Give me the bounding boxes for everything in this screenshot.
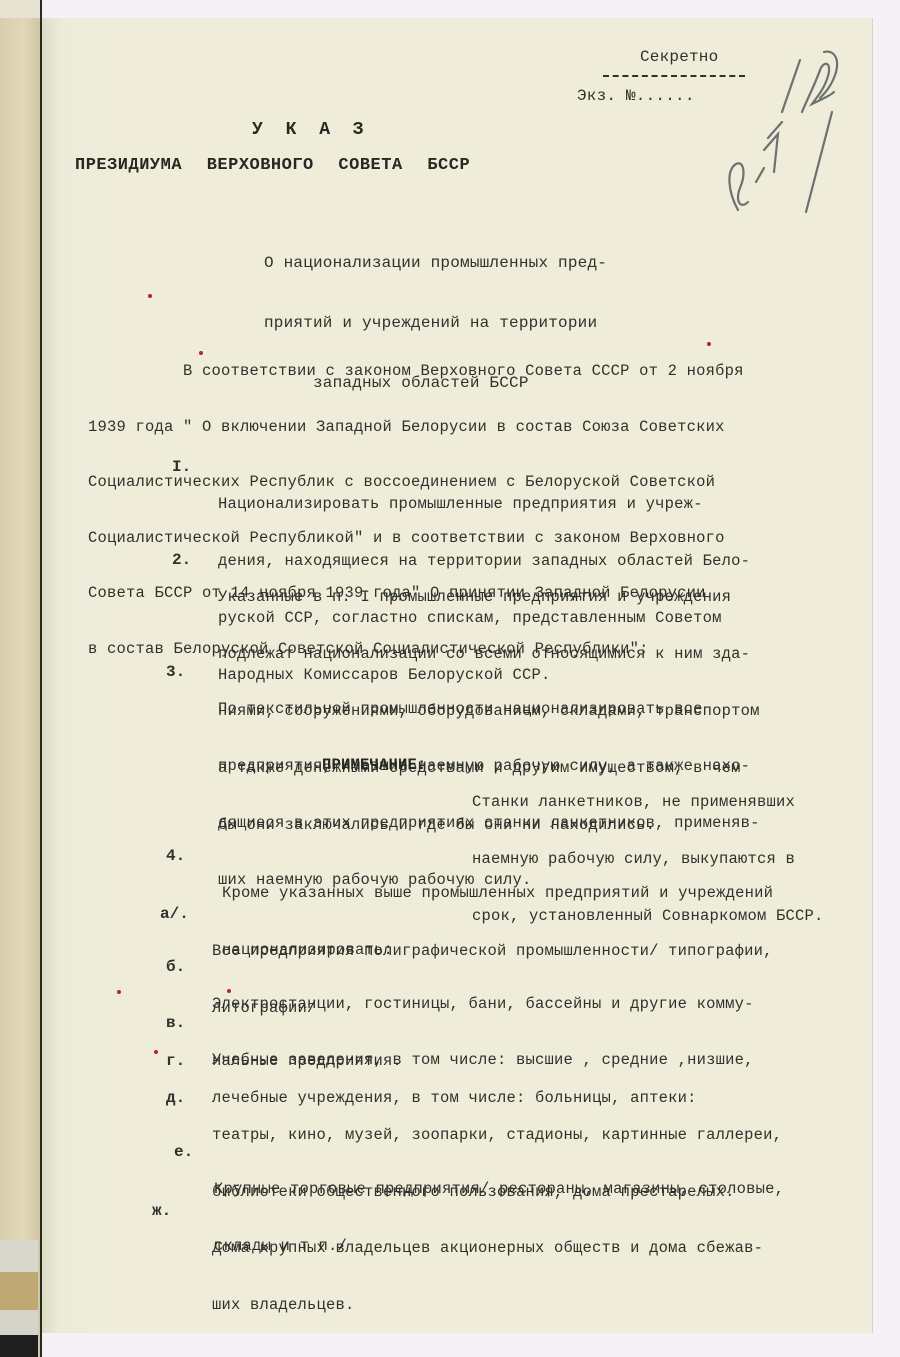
subitem-line: Электростанции, гостиницы, бани, бассейн… [212,995,754,1014]
red-mark [199,351,203,355]
subitem-letter: в. [166,1014,185,1032]
subitem-line: Крупные торговые предприятия/ рестораны,… [214,1180,784,1199]
subitem-letter: ж. [152,1202,171,1220]
binding-strip [0,0,40,1357]
subitem-letter: е. [174,1143,193,1161]
note-line: Станки ланкетников, не применявших [472,793,824,812]
copy-number: Экз. №...... [577,86,695,107]
subject-line: О национализации промышленных пред- [264,253,607,273]
item-number: I. [172,458,191,476]
red-mark [227,989,231,993]
subitem-letter: г. [166,1052,185,1070]
item-line: Национализировать промышленные предприят… [218,495,750,514]
item-number: 3. [166,663,185,681]
document-type-title: У К А З [252,120,370,141]
preamble-line: 1939 года " О включении Западной Белорус… [88,418,744,437]
item-line: Указанные в п. I промышленные предприяти… [218,588,760,607]
item-number: 4. [166,847,185,865]
red-mark [148,294,152,298]
item-number: 2. [172,551,191,569]
subitem-letter: а/. [160,905,189,923]
issuing-body-title: ПРЕЗИДИУМА ВЕРХОВНОГО СОВЕТА БССР [75,156,470,177]
subitem-zh-text: Дома крупных владельцев акционерных обще… [212,1201,763,1334]
subitem-line: Дома крупных владельцев акционерных обще… [212,1239,763,1258]
note-label: ПРИМЕЧАНИЕ: [322,755,427,776]
handwritten-annotation-icon [720,42,860,222]
preamble-line: В соответствии с законом Верховного Сове… [88,362,744,381]
classification-label: Секретно [640,47,718,68]
subitem-letter: д. [166,1089,185,1107]
item-line: По текстильной промышленности национализ… [218,700,760,719]
red-mark [707,342,711,346]
subitem-line: ших владельцев. [212,1296,763,1315]
red-mark [154,1050,158,1054]
item-line: Кроме указанных выше промышленных предпр… [222,884,773,903]
red-mark [117,990,121,994]
subitem-letter: б. [166,958,185,976]
